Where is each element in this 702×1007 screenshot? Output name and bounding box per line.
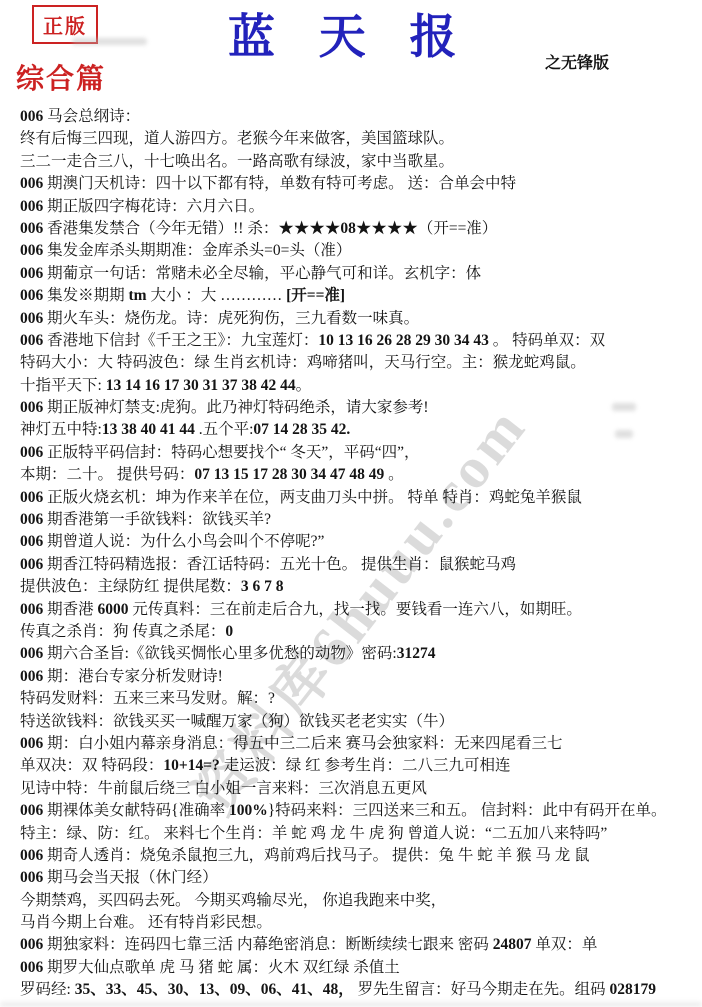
bold-text-segment: 006	[20, 847, 43, 864]
text-line: 006 香港地下信封《千王之王》：九宝莲灯：10 13 16 26 28 29 …	[20, 330, 698, 352]
text-line: 006 集发金库杀头期期准：金库杀头=0=头（准）	[20, 240, 698, 262]
bold-text-segment: 0	[225, 623, 233, 640]
text-segment: 走运波：绿 红 参考生肖：二八三九可相连	[220, 757, 511, 774]
edition-label: 之无锋版	[545, 50, 609, 73]
text-segment: 元传真料：三在前走后合九，找一找。要钱看一连六八，如期旺。	[129, 601, 582, 618]
text-segment: 单双决：双 特码段：	[20, 757, 163, 774]
text-segment: 马肖今期上台难。 还有特肖彩民想。	[20, 914, 272, 931]
text-line: 今期禁鸡，买四码去死。 今期买鸡输尽光， 你追我跑来中奖，	[20, 890, 698, 912]
bold-text-segment: 028179	[609, 981, 656, 998]
text-line: 006 期六合圣旨:《欲钱买惆怅心里多优愁的动物》密码:31274	[20, 643, 698, 665]
text-segment: 期独家料：连码四七靠三活 内幕绝密消息：断断续续七跟来 密码	[43, 936, 493, 953]
text-segment: 罗先生留言：好马今期走在先。组码	[354, 981, 610, 998]
bold-text-segment: 006	[20, 287, 43, 304]
text-line: 见诗中特：牛前鼠后绕三 白小姐一言来料：三次消息五更风	[20, 778, 698, 800]
text-line: 006 集发※期期 tm 大小 ：大 ………… [开==准]	[20, 285, 698, 307]
text-lines: 006 马会总纲诗：终有后悔三四现，道人游四方。老猴今年来做客，美国篮球队。三二…	[20, 106, 698, 1002]
text-line: 006 期正版四字梅花诗：六月六日。	[20, 196, 698, 218]
text-segment: 见诗中特：牛前鼠后绕三 白小姐一言来料：三次消息五更风	[20, 780, 427, 797]
text-segment: 期曾道人说：为什么小鸟会叫个不停呢?”	[43, 533, 324, 550]
text-line: 传真之杀肖：狗 传真之杀尾：0	[20, 621, 698, 643]
text-segment: 特码大小：大 特码波色：绿 生肖玄机诗：鸡啼猪叫，天马行空。主：猴龙蛇鸡鼠。	[20, 354, 586, 371]
text-segment: 特送欲钱料：欲钱买买一喊醒万家（狗）欲钱买老老实实（牛）	[20, 713, 454, 730]
text-line: 006 期香港 6000 元传真料：三在前走后合九，找一找。要钱看一连六八，如期…	[20, 599, 698, 621]
text-line: 006 期马会当天报（休门经）	[20, 867, 698, 889]
bold-text-segment: 006	[20, 533, 43, 550]
text-line: 006 期正版神灯禁支:虎狗。此乃神灯特码绝杀，请大家参考!	[20, 397, 698, 419]
text-segment: 期：港台专家分析发财诗!	[43, 668, 223, 685]
text-segment: 期：白小姐内幕亲身消息：得五中三二后来 赛马会独家料：无来四尾看三七	[43, 735, 562, 752]
text-segment: 。	[384, 466, 403, 483]
bold-text-segment: 10+14=?	[163, 757, 219, 774]
bold-text-segment: 006	[20, 332, 43, 349]
bold-text-segment: 07 14 28 35 42.	[253, 421, 350, 438]
scan-artifact	[72, 38, 147, 45]
text-segment: 期葡京一句话：常赌未必全尽输，平心静气可和详。玄机字：体	[43, 265, 481, 282]
text-line: 006 马会总纲诗：	[20, 106, 698, 128]
bold-text-segment: 006	[20, 735, 43, 752]
bold-text-segment: 006	[20, 265, 43, 282]
text-segment: 期香港第一手欲钱料：欲钱买羊?	[43, 511, 271, 528]
text-segment: 。	[296, 377, 312, 394]
bold-text-segment: 100%	[229, 802, 268, 819]
bold-text-segment: 006	[20, 869, 43, 886]
bold-text-segment: 13 38 40 41 44	[102, 421, 195, 438]
text-segment: 期澳门天机诗：四十以下都有特，单数有特可考虑。 送：合单会中特	[43, 175, 516, 192]
text-line: 006 期裸体美女献特码{准确率 100%}特码来料：三四送来三和五。 信封料：…	[20, 800, 698, 822]
text-segment: 期正版四字梅花诗：六月六日。	[43, 198, 264, 215]
text-line: 罗码经: 35、33、45、30、13、09、06、41、48， 罗先生留言：好…	[20, 979, 698, 1001]
text-segment: 本期：二十。 提供号码：	[20, 466, 194, 483]
bold-text-segment: 08	[340, 220, 356, 237]
bold-text-segment: tm	[129, 287, 147, 304]
section-heading: 综合篇	[16, 57, 106, 97]
text-segment: 特码发财料：五来三来马发财。解：?	[20, 690, 275, 707]
text-line: 马肖今期上台难。 还有特肖彩民想。	[20, 912, 698, 934]
text-segment: 大小 ：大 …………	[147, 287, 287, 304]
text-segment: }特码来料：三四送来三和五。 信封料：此中有码开在单。	[268, 802, 667, 819]
bold-text-segment: 35、33、45、30、13、09、06、41、48，	[75, 981, 354, 998]
bold-text-segment: 006	[20, 310, 43, 327]
text-segment: 神灯五中特:	[20, 421, 102, 438]
text-segment: 期火车头：烧伤龙。诗：虎死狗伤，三九看数一味真。	[43, 310, 419, 327]
scan-artifact	[0, 1002, 702, 1007]
text-line: 本期：二十。 提供号码：07 13 15 17 28 30 34 47 48 4…	[20, 464, 698, 486]
text-segment: 传真之杀肖：狗 传真之杀尾：	[20, 623, 225, 640]
text-segment: 罗码经:	[20, 981, 75, 998]
bold-text-segment: 10 13 16 26 28 29 30 34 43	[318, 332, 489, 349]
bold-text-segment: 006	[20, 959, 43, 976]
text-segment: 终有后悔三四现，道人游四方。老猴今年来做客，美国篮球队。	[20, 130, 454, 147]
bold-text-segment: 006	[20, 444, 43, 461]
text-line: 006 期奇人透肖：烧兔杀鼠抱三九，鸡前鸡后找马子。 提供：兔 牛 蛇 羊 猴 …	[20, 845, 698, 867]
text-segment: .五个平:	[195, 421, 254, 438]
text-segment: 马会总纲诗：	[43, 108, 140, 125]
text-line: 006 期曾道人说：为什么小鸟会叫个不停呢?”	[20, 531, 698, 553]
text-line: 006 期：港台专家分析发财诗!	[20, 666, 698, 688]
text-line: 神灯五中特:13 38 40 41 44 .五个平:07 14 28 35 42…	[20, 419, 698, 441]
text-line: 006 期独家料：连码四七靠三活 内幕绝密消息：断断续续七跟来 密码 24807…	[20, 934, 698, 956]
text-line: 006 期火车头：烧伤龙。诗：虎死狗伤，三九看数一味真。	[20, 308, 698, 330]
bold-text-segment: 006	[20, 489, 43, 506]
bold-text-segment: 3 6 7 8	[241, 578, 284, 595]
text-segment: 。 特码单双：双	[489, 332, 605, 349]
text-segment: 期奇人透肖：烧兔杀鼠抱三九，鸡前鸡后找马子。 提供：兔 牛 蛇 羊 猴 马 龙 …	[43, 847, 589, 864]
text-line: 特送欲钱料：欲钱买买一喊醒万家（狗）欲钱买老老实实（牛）	[20, 711, 698, 733]
bold-text-segment: 006	[20, 108, 43, 125]
bold-text-segment: 31274	[397, 645, 436, 662]
text-line: 006 香港集发禁合（今年无错）!! 杀：★★★★08★★★★（开==准）	[20, 218, 698, 240]
text-segment: 期正版神灯禁支:虎狗。此乃神灯特码绝杀，请大家参考!	[43, 399, 428, 416]
text-segment: 期马会当天报（休门经）	[43, 869, 217, 886]
scan-artifact	[615, 430, 633, 438]
text-segment: 三二一走合三八，十七唤出名。一路高歌有绿波，家中当歌星。	[20, 153, 454, 170]
text-segment: 期香江特码精选报：香江话特码：五光十色。 提供生肖：鼠猴蛇马鸡	[43, 556, 516, 573]
bold-text-segment: 006	[20, 511, 43, 528]
text-segment: 集发金库杀头期期准：金库杀头=0=头（准）	[43, 242, 351, 259]
text-segment: 提供波色：主绿防红 提供尾数：	[20, 578, 241, 595]
text-segment: 香港地下信封《千王之王》：九宝莲灯：	[43, 332, 318, 349]
text-line: 特码大小：大 特码波色：绿 生肖玄机诗：鸡啼猪叫，天马行空。主：猴龙蛇鸡鼠。	[20, 352, 698, 374]
text-segment: 香港集发禁合（今年无错）!! 杀：★★★★	[43, 220, 340, 237]
text-segment: ★★★★（开==准）	[356, 220, 497, 237]
text-line: 特主：绿、防：红。 来料七个生肖：羊 蛇 鸡 龙 牛 虎 狗 曾道人说：“二五加…	[20, 823, 698, 845]
newspaper-page: 资料库6huuu.com 正版 蓝 天 报 之无锋版 综合篇 006 马会总纲诗…	[0, 0, 702, 1007]
text-segment: 正版特平码信封：特码心想要找个“ 冬天”，平码“四”，	[43, 444, 419, 461]
bold-text-segment: 006	[20, 399, 43, 416]
text-line: 单双决：双 特码段：10+14=? 走运波：绿 红 参考生肖：二八三九可相连	[20, 755, 698, 777]
text-line: 006 期：白小姐内幕亲身消息：得五中三二后来 赛马会独家料：无来四尾看三七	[20, 733, 698, 755]
text-line: 十指平天下: 13 14 16 17 30 31 37 38 42 44。	[20, 375, 698, 397]
bold-text-segment: 006	[20, 601, 43, 618]
text-line: 006 正版特平码信封：特码心想要找个“ 冬天”，平码“四”，	[20, 442, 698, 464]
text-line: 三二一走合三八，十七唤出名。一路高歌有绿波，家中当歌星。	[20, 151, 698, 173]
bold-text-segment: 006	[20, 936, 43, 953]
bold-text-segment: 07 13 15 17 28 30 34 47 48 49	[194, 466, 384, 483]
page-title: 蓝 天 报	[228, 0, 473, 67]
text-line: 006 正版火烧玄机：坤为作来羊在位，两支曲刀头中拼。 特单 特肖：鸡蛇兔羊猴鼠	[20, 487, 698, 509]
text-segment: 单双：单	[532, 936, 598, 953]
text-segment: 期六合圣旨:《欲钱买惆怅心里多优愁的动物》密码:	[43, 645, 397, 662]
text-segment: 正版火烧玄机：坤为作来羊在位，两支曲刀头中拼。 特单 特肖：鸡蛇兔羊猴鼠	[43, 489, 582, 506]
bold-text-segment: 006	[20, 242, 43, 259]
text-line: 提供波色：主绿防红 提供尾数：3 6 7 8	[20, 576, 698, 598]
bold-text-segment: 13 14 16 17 30 31 37 38 42 44	[106, 377, 296, 394]
text-line: 006 期葡京一句话：常赌未必全尽输，平心静气可和详。玄机字：体	[20, 263, 698, 285]
bold-text-segment: 006	[20, 175, 43, 192]
bold-text-segment: 006	[20, 668, 43, 685]
text-segment: 今期禁鸡，买四码去死。 今期买鸡输尽光， 你追我跑来中奖，	[20, 892, 446, 909]
text-line: 终有后悔三四现，道人游四方。老猴今年来做客，美国篮球队。	[20, 128, 698, 150]
text-line: 006 期香江特码精选报：香江话特码：五光十色。 提供生肖：鼠猴蛇马鸡	[20, 554, 698, 576]
text-segment: 期香港	[43, 601, 97, 618]
bold-text-segment: 24807	[493, 936, 532, 953]
text-line: 006 期澳门天机诗：四十以下都有特，单数有特可考虑。 送：合单会中特	[20, 173, 698, 195]
bold-text-segment: 006	[20, 198, 43, 215]
text-line: 006 期香港第一手欲钱料：欲钱买羊?	[20, 509, 698, 531]
bold-text-segment: 006	[20, 556, 43, 573]
text-line: 特码发财料：五来三来马发财。解：?	[20, 688, 698, 710]
bold-text-segment: 006	[20, 645, 43, 662]
text-segment: 期罗大仙点歌单 虎 马 猪 蛇 属：火木 双红绿 杀值土	[43, 959, 400, 976]
scan-artifact	[612, 403, 636, 411]
text-segment: 期裸体美女献特码{准确率	[43, 802, 229, 819]
text-segment: 特主：绿、防：红。 来料七个生肖：羊 蛇 鸡 龙 牛 虎 狗 曾道人说：“二五加…	[20, 825, 607, 842]
bold-text-segment: [开==准]	[286, 287, 345, 304]
bold-text-segment: 006	[20, 220, 43, 237]
bold-text-segment: 006	[20, 802, 43, 819]
text-segment: 集发※期期	[43, 287, 128, 304]
text-line: 006 期罗大仙点歌单 虎 马 猪 蛇 属：火木 双红绿 杀值土	[20, 957, 698, 979]
text-segment: 十指平天下:	[20, 377, 106, 394]
bold-text-segment: 6000	[98, 601, 129, 618]
